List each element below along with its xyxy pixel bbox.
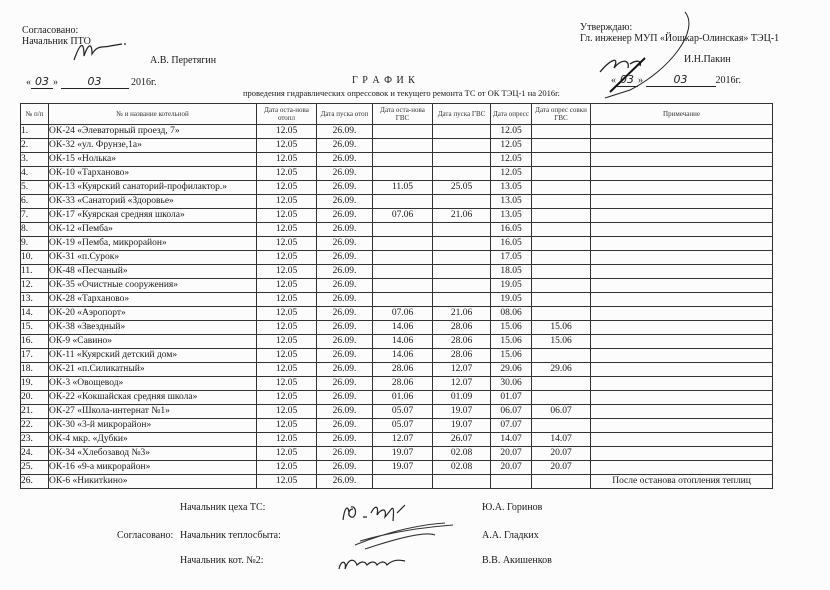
boiler-name-cell: ОК-4 мкр. «Дубки» — [49, 433, 257, 447]
stop-heat-date-cell: 12.05 — [257, 461, 317, 475]
pressure-test-hw-date-cell — [532, 349, 591, 363]
start-hw-date-cell: 21.06 — [433, 209, 491, 223]
stop-heat-date-cell: 12.05 — [257, 405, 317, 419]
stop-hw-date-cell — [373, 153, 433, 167]
pressure-test-hw-date-cell: 29.06 — [532, 363, 591, 377]
stop-hw-date-cell: 11.05 — [373, 181, 433, 195]
stop-hw-date-cell — [373, 237, 433, 251]
start-heat-date-cell: 26.09. — [317, 349, 373, 363]
stop-heat-date-cell: 12.05 — [257, 195, 317, 209]
approval-right-month: 03 — [646, 73, 716, 87]
pressure-test-date-cell: 13.05 — [491, 209, 532, 223]
note-cell — [591, 237, 773, 251]
row-number-cell: 13. — [21, 293, 49, 307]
row-number-cell: 3. — [21, 153, 49, 167]
table-row: 4.ОК-10 «Тарханово»12.0526.09.12.05 — [21, 167, 773, 181]
stop-hw-date-cell: 19.07 — [373, 447, 433, 461]
note-cell — [591, 321, 773, 335]
footer-signer-2-name: А.А. Гладких — [482, 530, 539, 541]
start-heat-date-cell: 26.09. — [317, 265, 373, 279]
table-row: 21.ОК-27 «Школа-интернат №1»12.0526.09.0… — [21, 405, 773, 419]
boiler-name-cell: ОК-21 «п.Силикатный» — [49, 363, 257, 377]
stop-heat-date-cell: 12.05 — [257, 223, 317, 237]
boiler-name-cell: ОК-9 «Савино» — [49, 335, 257, 349]
row-number-cell: 22. — [21, 419, 49, 433]
boiler-name-cell: ОК-32 «ул. Фрунзе,1а» — [49, 139, 257, 153]
stop-heat-date-cell: 12.05 — [257, 265, 317, 279]
row-number-cell: 21. — [21, 405, 49, 419]
pressure-test-date-cell: 19.05 — [491, 279, 532, 293]
start-hw-date-cell: 28.06 — [433, 335, 491, 349]
start-hw-date-cell: 12.07 — [433, 377, 491, 391]
start-heat-date-cell: 26.09. — [317, 125, 373, 139]
stop-heat-date-cell: 12.05 — [257, 419, 317, 433]
row-number-cell: 8. — [21, 223, 49, 237]
start-heat-date-cell: 26.09. — [317, 251, 373, 265]
boiler-name-cell: ОК-17 «Куярская средняя школа» — [49, 209, 257, 223]
schedule-table: № п/п № и название котельной Дата оста-н… — [20, 103, 773, 489]
row-number-cell: 12. — [21, 279, 49, 293]
table-row: 13.ОК-28 «Тарханово»12.0526.09.19.05 — [21, 293, 773, 307]
start-heat-date-cell: 26.09. — [317, 447, 373, 461]
note-cell — [591, 125, 773, 139]
pressure-test-date-cell: 13.05 — [491, 195, 532, 209]
pressure-test-date-cell: 15.06 — [491, 321, 532, 335]
pressure-test-hw-date-cell — [532, 265, 591, 279]
stop-hw-date-cell: 14.06 — [373, 349, 433, 363]
start-hw-date-cell — [433, 265, 491, 279]
stop-heat-date-cell: 12.05 — [257, 363, 317, 377]
pressure-test-hw-date-cell — [532, 307, 591, 321]
row-number-cell: 2. — [21, 139, 49, 153]
pressure-test-date-cell: 13.05 — [491, 181, 532, 195]
stop-heat-date-cell: 12.05 — [257, 307, 317, 321]
note-cell — [591, 405, 773, 419]
note-cell — [591, 391, 773, 405]
table-row: 19.ОК-3 «Овощевод»12.0526.09.28.0612.073… — [21, 377, 773, 391]
note-cell: После останова отопления теплиц — [591, 475, 773, 489]
start-heat-date-cell: 26.09. — [317, 363, 373, 377]
stop-heat-date-cell: 12.05 — [257, 153, 317, 167]
start-hw-date-cell — [433, 139, 491, 153]
note-cell — [591, 363, 773, 377]
boiler-name-cell: ОК-38 «Звездный» — [49, 321, 257, 335]
approval-left-label: Согласовано: — [22, 25, 78, 36]
header-note: Примечание — [591, 104, 773, 125]
table-row: 17.ОК-11 «Куярский детский дом»12.0526.0… — [21, 349, 773, 363]
note-cell — [591, 195, 773, 209]
stop-hw-date-cell: 14.06 — [373, 321, 433, 335]
table-row: 23.ОК-4 мкр. «Дубки»12.0526.09.12.0726.0… — [21, 433, 773, 447]
start-heat-date-cell: 26.09. — [317, 391, 373, 405]
note-cell — [591, 349, 773, 363]
start-heat-date-cell: 26.09. — [317, 405, 373, 419]
stop-heat-date-cell: 12.05 — [257, 293, 317, 307]
stop-hw-date-cell: 07.06 — [373, 209, 433, 223]
table-row: 26.ОК-6 «Никитkино»12.0526.09.После оста… — [21, 475, 773, 489]
row-number-cell: 15. — [21, 321, 49, 335]
start-heat-date-cell: 26.09. — [317, 461, 373, 475]
pressure-test-date-cell: 12.05 — [491, 167, 532, 181]
table-row: 8.ОК-12 «Пемба»12.0526.09.16.05 — [21, 223, 773, 237]
start-heat-date-cell: 26.09. — [317, 195, 373, 209]
start-hw-date-cell — [433, 279, 491, 293]
note-cell — [591, 419, 773, 433]
boiler-name-cell: ОК-34 «Хлебозавод №3» — [49, 447, 257, 461]
stop-heat-date-cell: 12.05 — [257, 251, 317, 265]
start-heat-date-cell: 26.09. — [317, 377, 373, 391]
pressure-test-hw-date-cell: 14.07 — [532, 433, 591, 447]
pressure-test-date-cell: 14.07 — [491, 433, 532, 447]
stop-hw-date-cell: 14.06 — [373, 335, 433, 349]
stop-hw-date-cell — [373, 167, 433, 181]
table-row: 25.ОК-16 «9-а микрорайон»12.0526.09.19.0… — [21, 461, 773, 475]
pressure-test-hw-date-cell — [532, 167, 591, 181]
approval-right-date: «03» 032016г. — [611, 73, 741, 87]
boiler-name-cell: ОК-48 «Песчаный» — [49, 265, 257, 279]
stop-hw-date-cell — [373, 125, 433, 139]
footer-signer-3-position: Начальник кот. №2: — [180, 555, 264, 566]
row-number-cell: 14. — [21, 307, 49, 321]
stop-heat-date-cell: 12.05 — [257, 349, 317, 363]
stop-heat-date-cell: 12.05 — [257, 377, 317, 391]
row-number-cell: 16. — [21, 335, 49, 349]
stop-hw-date-cell: 12.07 — [373, 433, 433, 447]
row-number-cell: 5. — [21, 181, 49, 195]
boiler-name-cell: ОК-33 «Санаторий «Здоровье» — [49, 195, 257, 209]
pressure-test-hw-date-cell: 15.06 — [532, 321, 591, 335]
table-row: 9.ОК-19 «Пемба, микрорайон»12.0526.09.16… — [21, 237, 773, 251]
header-stop-hw: Дата оста-нова ГВС — [373, 104, 433, 125]
table-row: 7.ОК-17 «Куярская средняя школа»12.0526.… — [21, 209, 773, 223]
footer-signer-2-position: Начальник теплосбыта: — [180, 530, 281, 541]
stop-hw-date-cell: 19.07 — [373, 461, 433, 475]
stop-hw-date-cell — [373, 195, 433, 209]
start-hw-date-cell: 19.07 — [433, 405, 491, 419]
stop-hw-date-cell: 28.06 — [373, 363, 433, 377]
table-row: 18.ОК-21 «п.Силикатный»12.0526.09.28.061… — [21, 363, 773, 377]
pressure-test-hw-date-cell — [532, 377, 591, 391]
note-cell — [591, 293, 773, 307]
approval-left-year: 2016г. — [131, 77, 156, 88]
row-number-cell: 19. — [21, 377, 49, 391]
start-heat-date-cell: 26.09. — [317, 475, 373, 489]
pressure-test-date-cell: 01.07 — [491, 391, 532, 405]
stop-hw-date-cell: 07.06 — [373, 307, 433, 321]
start-heat-date-cell: 26.09. — [317, 237, 373, 251]
boiler-name-cell: ОК-11 «Куярский детский дом» — [49, 349, 257, 363]
stop-heat-date-cell: 12.05 — [257, 475, 317, 489]
approval-right-year: 2016г. — [716, 75, 741, 86]
note-cell — [591, 447, 773, 461]
pressure-test-date-cell — [491, 475, 532, 489]
stop-heat-date-cell: 12.05 — [257, 433, 317, 447]
pressure-test-date-cell: 30.06 — [491, 377, 532, 391]
start-hw-date-cell: 21.06 — [433, 307, 491, 321]
footer-approval-label: Согласовано: — [117, 530, 173, 541]
pressure-test-date-cell: 29.06 — [491, 363, 532, 377]
stop-hw-date-cell: 05.07 — [373, 405, 433, 419]
table-row: 11.ОК-48 «Песчаный»12.0526.09.18.05 — [21, 265, 773, 279]
pressure-test-date-cell: 16.05 — [491, 223, 532, 237]
row-number-cell: 26. — [21, 475, 49, 489]
header-start-hw: Дата пуска ГВС — [433, 104, 491, 125]
note-cell — [591, 433, 773, 447]
pressure-test-date-cell: 12.05 — [491, 139, 532, 153]
start-hw-date-cell — [433, 223, 491, 237]
pressure-test-hw-date-cell — [532, 209, 591, 223]
start-hw-date-cell — [433, 251, 491, 265]
boiler-name-cell: ОК-30 «3-й микрорайон» — [49, 419, 257, 433]
row-number-cell: 4. — [21, 167, 49, 181]
boiler-name-cell: ОК-3 «Овощевод» — [49, 377, 257, 391]
stop-heat-date-cell: 12.05 — [257, 237, 317, 251]
boiler-name-cell: ОК-12 «Пемба» — [49, 223, 257, 237]
table-row: 6.ОК-33 «Санаторий «Здоровье»12.0526.09.… — [21, 195, 773, 209]
table-row: 2.ОК-32 «ул. Фрунзе,1а»12.0526.09.12.05 — [21, 139, 773, 153]
row-number-cell: 23. — [21, 433, 49, 447]
stop-hw-date-cell — [373, 293, 433, 307]
stop-hw-date-cell — [373, 265, 433, 279]
note-cell — [591, 335, 773, 349]
row-number-cell: 9. — [21, 237, 49, 251]
note-cell — [591, 461, 773, 475]
header-name: № и название котельной — [49, 104, 257, 125]
start-heat-date-cell: 26.09. — [317, 223, 373, 237]
pressure-test-date-cell: 06.07 — [491, 405, 532, 419]
start-heat-date-cell: 26.09. — [317, 433, 373, 447]
table-row: 14.ОК-20 «Аэропорт»12.0526.09.07.0621.06… — [21, 307, 773, 321]
boiler-name-cell: ОК-31 «п.Сурок» — [49, 251, 257, 265]
pressure-test-hw-date-cell — [532, 139, 591, 153]
stop-heat-date-cell: 12.05 — [257, 209, 317, 223]
pressure-test-hw-date-cell — [532, 279, 591, 293]
approval-right-day: 03 — [616, 73, 638, 87]
approval-left-date: «03» 03 2016г. — [26, 75, 156, 89]
table-row: 3.ОК-15 «Нолька»12.0526.09.12.05 — [21, 153, 773, 167]
pressure-test-date-cell: 12.05 — [491, 153, 532, 167]
start-heat-date-cell: 26.09. — [317, 293, 373, 307]
table-row: 20.ОК-22 «Кокшайская средняя школа»12.05… — [21, 391, 773, 405]
boiler-name-cell: ОК-22 «Кокшайская средняя школа» — [49, 391, 257, 405]
boiler-name-cell: ОК-27 «Школа-интернат №1» — [49, 405, 257, 419]
stop-heat-date-cell: 12.05 — [257, 125, 317, 139]
start-heat-date-cell: 26.09. — [317, 181, 373, 195]
pressure-test-hw-date-cell — [532, 195, 591, 209]
document-title: Г Р А Ф И К — [352, 75, 416, 86]
row-number-cell: 1. — [21, 125, 49, 139]
stop-heat-date-cell: 12.05 — [257, 139, 317, 153]
header-press: Дата опресс — [491, 104, 532, 125]
stop-hw-date-cell: 28.06 — [373, 377, 433, 391]
boiler-name-cell: ОК-19 «Пемба, микрорайон» — [49, 237, 257, 251]
row-number-cell: 20. — [21, 391, 49, 405]
pressure-test-hw-date-cell: 20.07 — [532, 461, 591, 475]
pressure-test-date-cell: 18.05 — [491, 265, 532, 279]
header-number: № п/п — [21, 104, 49, 125]
note-cell — [591, 167, 773, 181]
start-hw-date-cell — [433, 237, 491, 251]
pressure-test-date-cell: 20.07 — [491, 461, 532, 475]
table-header-row: № п/п № и название котельной Дата оста-н… — [21, 104, 773, 125]
note-cell — [591, 265, 773, 279]
footer-signer-1-position: Начальник цеха ТС: — [180, 502, 265, 513]
start-heat-date-cell: 26.09. — [317, 139, 373, 153]
boiler-name-cell: ОК-6 «Никитkино» — [49, 475, 257, 489]
start-hw-date-cell: 19.07 — [433, 419, 491, 433]
row-number-cell: 7. — [21, 209, 49, 223]
signature-left-icon — [70, 38, 130, 64]
approval-right-name: И.Н.Пакин — [684, 54, 731, 65]
table-row: 22.ОК-30 «3-й микрорайон»12.0526.09.05.0… — [21, 419, 773, 433]
start-heat-date-cell: 26.09. — [317, 167, 373, 181]
table-row: 10.ОК-31 «п.Сурок»12.0526.09.17.05 — [21, 251, 773, 265]
footer-signer-1-name: Ю.А. Горинов — [482, 502, 542, 513]
pressure-test-hw-date-cell — [532, 153, 591, 167]
start-heat-date-cell: 26.09. — [317, 279, 373, 293]
pressure-test-hw-date-cell — [532, 237, 591, 251]
boiler-name-cell: ОК-28 «Тарханово» — [49, 293, 257, 307]
pressure-test-hw-date-cell — [532, 293, 591, 307]
pressure-test-date-cell: 07.07 — [491, 419, 532, 433]
pressure-test-hw-date-cell: 20.07 — [532, 447, 591, 461]
pressure-test-date-cell: 15.06 — [491, 349, 532, 363]
pressure-test-hw-date-cell: 15.06 — [532, 335, 591, 349]
boiler-name-cell: ОК-10 «Тарханово» — [49, 167, 257, 181]
pressure-test-hw-date-cell — [532, 251, 591, 265]
approval-left-month: 03 — [61, 75, 129, 89]
note-cell — [591, 377, 773, 391]
table-row: 12.ОК-35 «Очистные сооружения»12.0526.09… — [21, 279, 773, 293]
note-cell — [591, 251, 773, 265]
start-hw-date-cell: 26.07 — [433, 433, 491, 447]
approval-left-name: А.В. Перетягин — [150, 55, 216, 66]
stop-hw-date-cell: 05.07 — [373, 419, 433, 433]
footer-signer-3-name: В.В. Акишенков — [482, 555, 552, 566]
boiler-name-cell: ОК-16 «9-а микрорайон» — [49, 461, 257, 475]
stop-hw-date-cell — [373, 139, 433, 153]
table-row: 1.ОК-24 «Элеваторный проезд, 7»12.0526.0… — [21, 125, 773, 139]
start-hw-date-cell: 25.05 — [433, 181, 491, 195]
header-start-heat: Дата пуска отоп — [317, 104, 373, 125]
start-hw-date-cell — [433, 195, 491, 209]
start-heat-date-cell: 26.09. — [317, 153, 373, 167]
approval-left-day: 03 — [31, 75, 53, 89]
stop-hw-date-cell — [373, 475, 433, 489]
pressure-test-date-cell: 12.05 — [491, 125, 532, 139]
row-number-cell: 11. — [21, 265, 49, 279]
pressure-test-hw-date-cell — [532, 475, 591, 489]
start-hw-date-cell: 28.06 — [433, 321, 491, 335]
header-press-hw: Дата опрес совки ГВС — [532, 104, 591, 125]
stop-heat-date-cell: 12.05 — [257, 167, 317, 181]
boiler-name-cell: ОК-13 «Куярский санаторий-профилактор.» — [49, 181, 257, 195]
start-hw-date-cell — [433, 153, 491, 167]
boiler-name-cell: ОК-20 «Аэропорт» — [49, 307, 257, 321]
stop-hw-date-cell — [373, 223, 433, 237]
row-number-cell: 10. — [21, 251, 49, 265]
pressure-test-date-cell: 08.06 — [491, 307, 532, 321]
pressure-test-date-cell: 19.05 — [491, 293, 532, 307]
header-stop-heat: Дата оста-нова отопл — [257, 104, 317, 125]
note-cell — [591, 209, 773, 223]
start-heat-date-cell: 26.09. — [317, 209, 373, 223]
table-row: 5.ОК-13 «Куярский санаторий-профилактор.… — [21, 181, 773, 195]
table-row: 15.ОК-38 «Звездный»12.0526.09.14.0628.06… — [21, 321, 773, 335]
pressure-test-hw-date-cell: 06.07 — [532, 405, 591, 419]
note-cell — [591, 153, 773, 167]
stop-heat-date-cell: 12.05 — [257, 279, 317, 293]
row-number-cell: 24. — [21, 447, 49, 461]
boiler-name-cell: ОК-24 «Элеваторный проезд, 7» — [49, 125, 257, 139]
pressure-test-hw-date-cell — [532, 181, 591, 195]
stop-heat-date-cell: 12.05 — [257, 181, 317, 195]
pressure-test-hw-date-cell — [532, 419, 591, 433]
pressure-test-hw-date-cell — [532, 391, 591, 405]
start-hw-date-cell — [433, 475, 491, 489]
start-hw-date-cell: 12.07 — [433, 363, 491, 377]
table-row: 24.ОК-34 «Хлебозавод №3»12.0526.09.19.07… — [21, 447, 773, 461]
stop-heat-date-cell: 12.05 — [257, 391, 317, 405]
start-hw-date-cell: 02.08 — [433, 447, 491, 461]
pressure-test-date-cell: 17.05 — [491, 251, 532, 265]
start-heat-date-cell: 26.09. — [317, 335, 373, 349]
start-hw-date-cell: 28.06 — [433, 349, 491, 363]
pressure-test-date-cell: 16.05 — [491, 237, 532, 251]
stop-hw-date-cell: 01.06 — [373, 391, 433, 405]
start-hw-date-cell — [433, 167, 491, 181]
table-row: 16.ОК-9 «Савино»12.0526.09.14.0628.0615.… — [21, 335, 773, 349]
row-number-cell: 18. — [21, 363, 49, 377]
document-subtitle: проведения гидравлических опрессовок и т… — [243, 88, 560, 98]
note-cell — [591, 307, 773, 321]
start-hw-date-cell — [433, 293, 491, 307]
pressure-test-hw-date-cell — [532, 125, 591, 139]
row-number-cell: 17. — [21, 349, 49, 363]
stop-hw-date-cell — [373, 251, 433, 265]
row-number-cell: 6. — [21, 195, 49, 209]
row-number-cell: 25. — [21, 461, 49, 475]
note-cell — [591, 223, 773, 237]
note-cell — [591, 279, 773, 293]
note-cell — [591, 181, 773, 195]
start-heat-date-cell: 26.09. — [317, 321, 373, 335]
start-hw-date-cell — [433, 125, 491, 139]
boiler-name-cell: ОК-35 «Очистные сооружения» — [49, 279, 257, 293]
boiler-name-cell: ОК-15 «Нолька» — [49, 153, 257, 167]
start-heat-date-cell: 26.09. — [317, 419, 373, 433]
start-hw-date-cell: 01.09 — [433, 391, 491, 405]
stop-heat-date-cell: 12.05 — [257, 335, 317, 349]
start-heat-date-cell: 26.09. — [317, 307, 373, 321]
footer-signatures-icon — [335, 495, 475, 575]
pressure-test-date-cell: 15.06 — [491, 335, 532, 349]
pressure-test-hw-date-cell — [532, 223, 591, 237]
note-cell — [591, 139, 773, 153]
pressure-test-date-cell: 20.07 — [491, 447, 532, 461]
start-hw-date-cell: 02.08 — [433, 461, 491, 475]
stop-hw-date-cell — [373, 279, 433, 293]
stop-heat-date-cell: 12.05 — [257, 447, 317, 461]
stop-heat-date-cell: 12.05 — [257, 321, 317, 335]
